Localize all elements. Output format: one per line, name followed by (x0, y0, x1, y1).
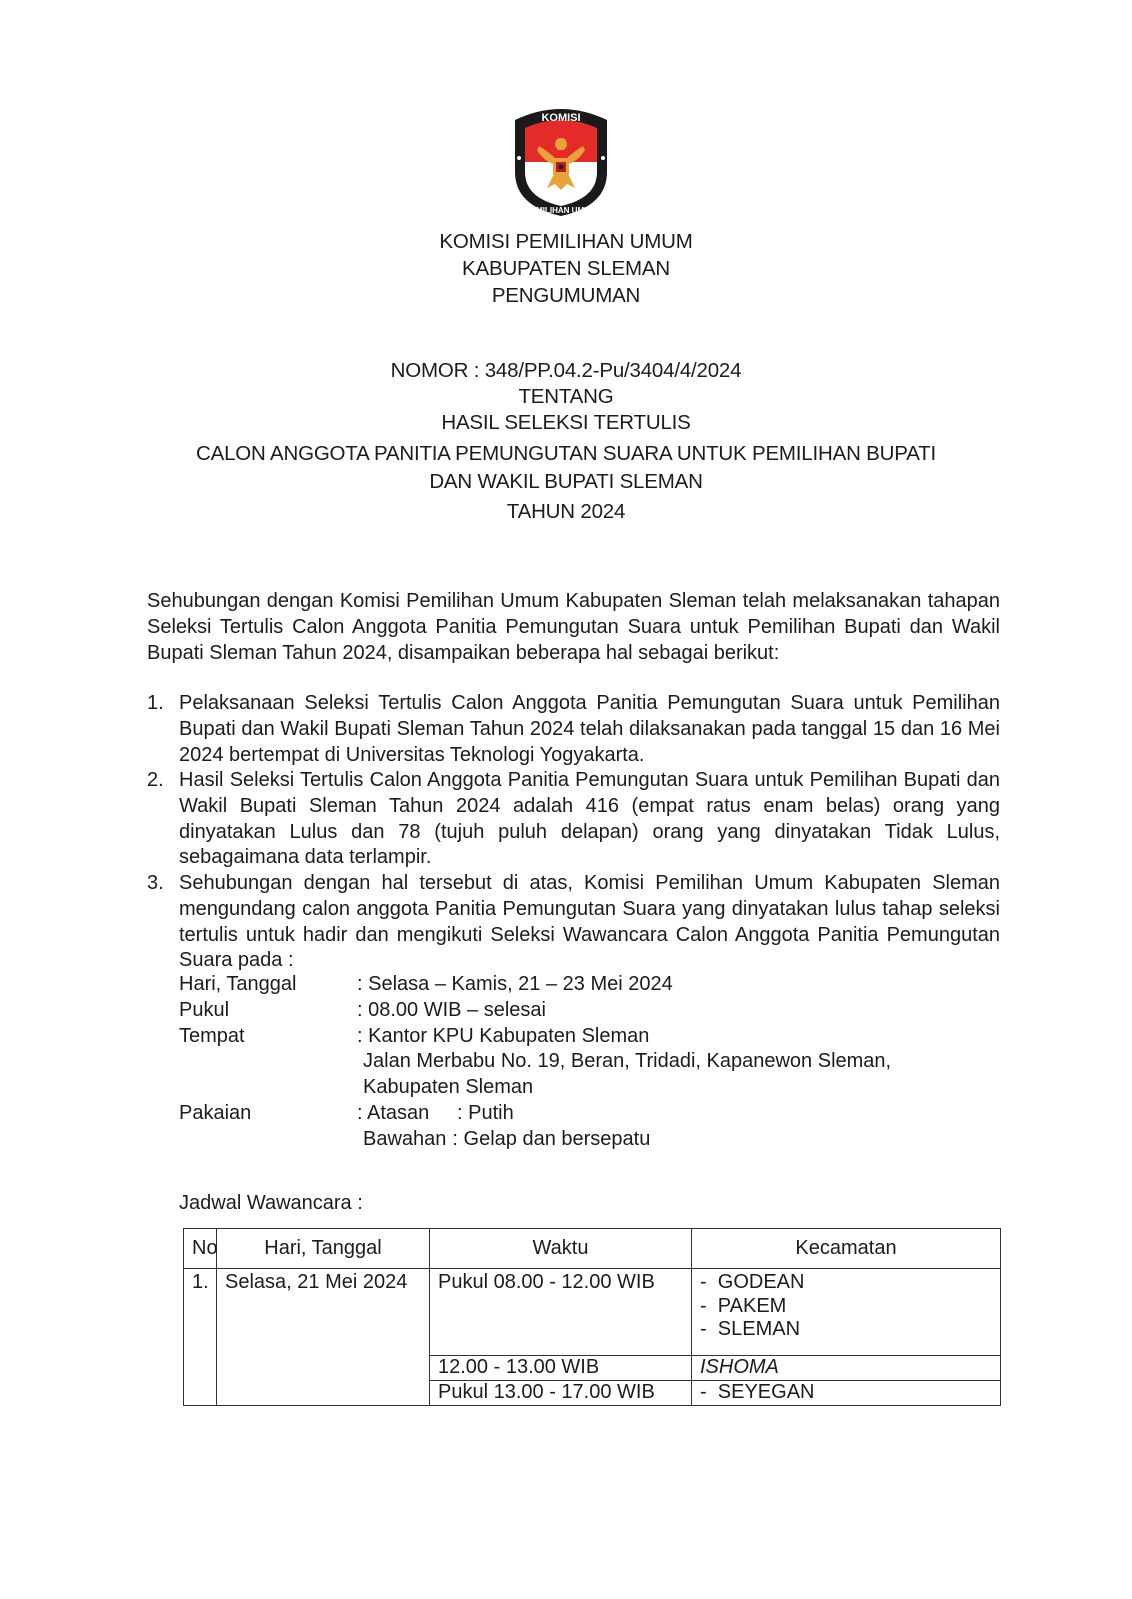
attire-top-value: : Putih (457, 1101, 514, 1127)
cell-break-note: ISHOMA (692, 1356, 1001, 1381)
cell-time: Pukul 08.00 - 12.00 WIB (430, 1269, 692, 1356)
detail-value-address: Jalan Merbabu No. 19, Beran, Tridadi, Ka… (357, 1049, 891, 1075)
kecamatan-item: GODEAN (700, 1271, 992, 1295)
list-item-number: 2. (147, 768, 164, 794)
table-header-row: No Hari, Tanggal Waktu Kecamatan (184, 1229, 1001, 1269)
event-details: Hari, Tanggal : Selasa – Kamis, 21 – 23 … (179, 972, 891, 1153)
schedule-table: No Hari, Tanggal Waktu Kecamatan 1. Sela… (183, 1228, 1001, 1406)
list-item-number: 3. (147, 871, 164, 897)
attire-bottom-value: : Gelap dan bersepatu (452, 1127, 650, 1153)
cell-kecamatan: SEYEGAN (692, 1381, 1001, 1406)
detail-value-place: : Kantor KPU Kabupaten Sleman (357, 1024, 649, 1050)
list-item-text: Pelaksanaan Seleksi Tertulis Calon Anggo… (179, 692, 1000, 766)
col-header-time: Waktu (430, 1229, 692, 1269)
kecamatan-item: SLEMAN (700, 1318, 992, 1342)
logo-top-text: KOMISI (541, 112, 580, 124)
kecamatan-item: SEYEGAN (700, 1381, 992, 1405)
list-item: 1. Pelaksanaan Seleksi Tertulis Calon An… (147, 691, 1000, 768)
title-subject-2: CALON ANGGOTA PANITIA PEMUNGUTAN SUARA U… (0, 442, 1132, 466)
table-row: 1. Selasa, 21 Mei 2024 Pukul 08.00 - 12.… (184, 1269, 1001, 1356)
cell-no: 1. (184, 1269, 217, 1406)
detail-label-place: Tempat (179, 1024, 357, 1050)
attire-bottom-label: Bawahan (363, 1127, 446, 1153)
cell-day: Selasa, 21 Mei 2024 (217, 1269, 430, 1406)
header-institution: KOMISI PEMILIHAN UMUM (0, 230, 1132, 254)
title-subject-3: DAN WAKIL BUPATI SLEMAN (0, 470, 1132, 494)
cell-time: 12.00 - 13.00 WIB (430, 1356, 692, 1381)
logo-bottom-text: PEMILIHAN UMUM (525, 206, 596, 215)
attire-top-label: : Atasan (357, 1101, 457, 1127)
list-item-text: Sehubungan dengan hal tersebut di atas, … (179, 872, 1000, 971)
kecamatan-item: PAKEM (700, 1295, 992, 1319)
col-header-no: No (184, 1229, 217, 1269)
intro-paragraph: Sehubungan dengan Komisi Pemilihan Umum … (147, 589, 1000, 666)
title-tentang: TENTANG (0, 385, 1132, 409)
schedule-title: Jadwal Wawancara : (179, 1192, 363, 1215)
col-header-day: Hari, Tanggal (217, 1229, 430, 1269)
list-item: 2. Hasil Seleksi Tertulis Calon Anggota … (147, 768, 1000, 871)
title-subject-1: HASIL SELEKSI TERTULIS (0, 411, 1132, 435)
detail-value-time: : 08.00 WIB – selesai (357, 998, 546, 1024)
cell-time: Pukul 13.00 - 17.00 WIB (430, 1381, 692, 1406)
header-region: KABUPATEN SLEMAN (0, 257, 1132, 281)
detail-value-address-2: Kabupaten Sleman (357, 1075, 533, 1101)
col-header-kecamatan: Kecamatan (692, 1229, 1001, 1269)
detail-label-attire: Pakaian (179, 1101, 357, 1127)
document-number: NOMOR : 348/PP.04.2-Pu/3404/4/2024 (0, 359, 1132, 383)
kpu-logo: KOMISI PEMILIHAN UMUM (509, 106, 613, 218)
header-doc-type: PENGUMUMAN (0, 284, 1132, 308)
list-item-number: 1. (147, 691, 164, 717)
title-subject-4: TAHUN 2024 (0, 500, 1132, 524)
list-item: 3. Sehubungan dengan hal tersebut di ata… (147, 871, 1000, 974)
detail-label-time: Pukul (179, 998, 357, 1024)
list-item-text: Hasil Seleksi Tertulis Calon Anggota Pan… (179, 769, 1000, 868)
cell-kecamatan: GODEAN PAKEM SLEMAN (692, 1269, 1001, 1356)
detail-value-date: : Selasa – Kamis, 21 – 23 Mei 2024 (357, 972, 673, 998)
detail-label-date: Hari, Tanggal (179, 972, 357, 998)
